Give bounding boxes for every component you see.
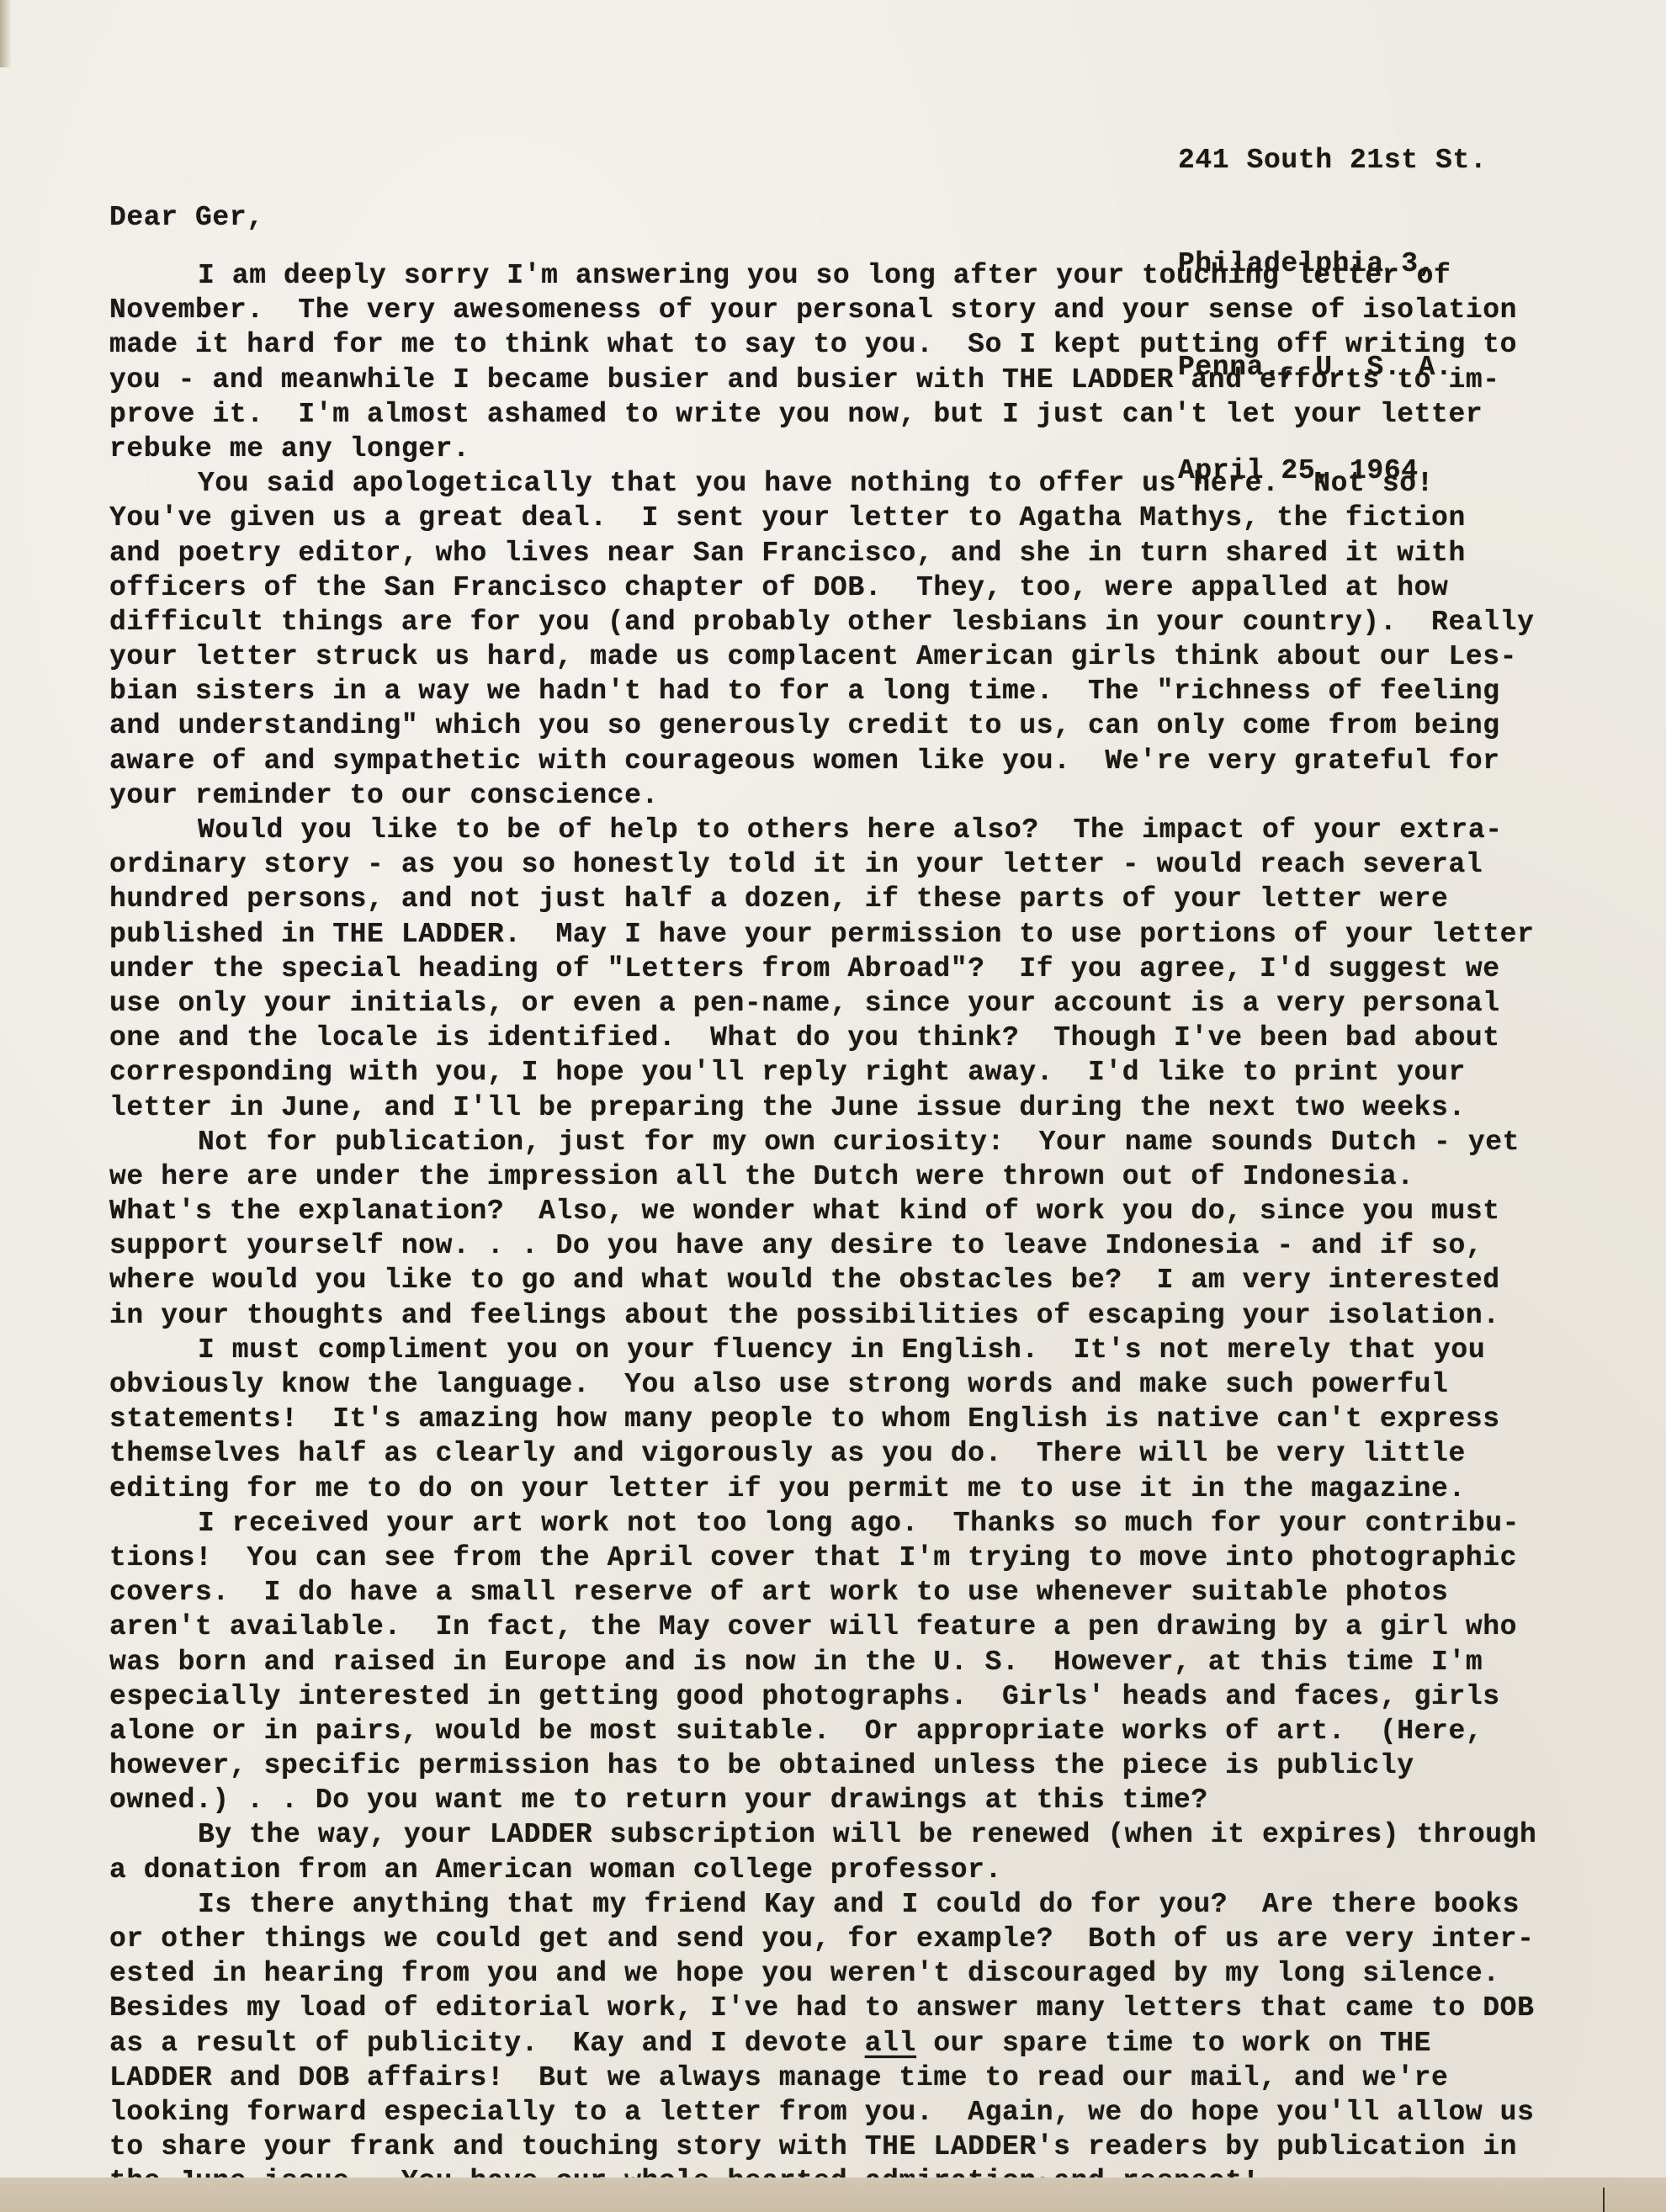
letter-line: to share your frank and touching story w… [109, 2130, 1624, 2164]
line-text-before: as a result of publicity. Kay and I devo… [109, 2028, 865, 2059]
letter-line: ested in hearing from you and we hope yo… [109, 1956, 1624, 1991]
letter-line: your letter struck us hard, made us comp… [109, 639, 1624, 674]
letter-line: hundred persons, and not just half a doz… [109, 882, 1624, 916]
letter-line: themselves half as clearly and vigorousl… [109, 1436, 1624, 1471]
letter-line: a donation from an American woman colleg… [109, 1853, 1624, 1887]
letter-line: rebuke me any longer. [109, 432, 1624, 466]
paper-edge-shadow [0, 0, 12, 67]
letter-line: Is there anything that my friend Kay and… [109, 1887, 1624, 1922]
letter-line: use only your initials, or even a pen-na… [109, 986, 1624, 1021]
letter-line: looking forward especially to a letter f… [109, 2095, 1624, 2130]
letter-line: I must compliment you on your fluency in… [109, 1333, 1624, 1367]
sheet-edge-mark [1603, 2188, 1605, 2212]
letter-line: bian sisters in a way we hadn't had to f… [109, 674, 1624, 708]
underlying-sheet-edge [0, 2178, 1666, 2212]
letter-line: support yourself now. . . Do you have an… [109, 1228, 1624, 1263]
letter-line: I am deeply sorry I'm answering you so l… [109, 258, 1624, 293]
letter-line: however, specific permission has to be o… [109, 1748, 1624, 1783]
letter-line: or other things we could get and send yo… [109, 1922, 1624, 1956]
letter-line: and poetry editor, who lives near San Fr… [109, 536, 1624, 570]
letter-line: in your thoughts and feelings about the … [109, 1298, 1624, 1333]
letter-line: I received your art work not too long ag… [109, 1506, 1624, 1541]
letter-line: one and the locale is identified. What d… [109, 1021, 1624, 1055]
letter-line: prove it. I'm almost ashamed to write yo… [109, 397, 1624, 432]
letter-line: corresponding with you, I hope you'll re… [109, 1055, 1624, 1090]
letter-line: as a result of publicity. Kay and I devo… [109, 2026, 1624, 2061]
letter-line: under the special heading of "Letters fr… [109, 952, 1624, 986]
letter-line: made it hard for me to think what to say… [109, 327, 1624, 362]
letter-line: especially interested in getting good ph… [109, 1679, 1624, 1714]
letter-line: statements! It's amazing how many people… [109, 1402, 1624, 1436]
letter-line: LADDER and DOB affairs! But we always ma… [109, 2061, 1624, 2095]
letter-line: editing for me to do on your letter if y… [109, 1472, 1624, 1506]
letter-line: Besides my load of editorial work, I've … [109, 1991, 1624, 2025]
letter-line: we here are under the impression all the… [109, 1159, 1624, 1194]
letter-line: ordinary story - as you so honestly told… [109, 847, 1624, 882]
letter-line: covers. I do have a small reserve of art… [109, 1575, 1624, 1610]
underlined-word: all [865, 2028, 916, 2059]
letter-line: difficult things are for you (and probab… [109, 605, 1624, 639]
letter-line: What's the explanation? Also, we wonder … [109, 1194, 1624, 1228]
letter-line: Would you like to be of help to others h… [109, 813, 1624, 847]
letter-line: You've given us a great deal. I sent you… [109, 501, 1624, 535]
letter-line: and understanding" which you so generous… [109, 708, 1624, 743]
letter-line: officers of the San Francisco chapter of… [109, 570, 1624, 605]
letter-line: your reminder to our conscience. [109, 778, 1624, 813]
letter-line: Not for publication, just for my own cur… [109, 1125, 1624, 1159]
letter-line: aware of and sympathetic with courageous… [109, 744, 1624, 778]
letter-line: By the way, your LADDER subscription wil… [109, 1817, 1624, 1852]
letter-line: was born and raised in Europe and is now… [109, 1645, 1624, 1679]
letter-line: aren't available. In fact, the May cover… [109, 1610, 1624, 1644]
letter-line: owned.) . . Do you want me to return you… [109, 1783, 1624, 1817]
letter-line: November. The very awesomeness of your p… [109, 293, 1624, 327]
salutation: Dear Ger, [109, 200, 264, 235]
letter-line: published in THE LADDER. May I have your… [109, 917, 1624, 952]
letter-line: alone or in pairs, would be most suitabl… [109, 1714, 1624, 1748]
letter-line: tions! You can see from the April cover … [109, 1541, 1624, 1575]
line-text-after: our spare time to work on THE [916, 2028, 1431, 2059]
letter-line: obviously know the language. You also us… [109, 1367, 1624, 1402]
letter-line: where would you like to go and what woul… [109, 1263, 1624, 1297]
letter-line: you - and meanwhile I became busier and … [109, 363, 1624, 397]
address-street: 241 South 21st St. [1178, 143, 1487, 178]
letter-page: 241 South 21st St. Philadelphia 3, Penna… [0, 0, 1666, 2179]
letter-line: letter in June, and I'll be preparing th… [109, 1090, 1624, 1125]
letter-line: You said apologetically that you have no… [109, 466, 1624, 501]
letter-body: I am deeply sorry I'm answering you so l… [109, 258, 1624, 2199]
